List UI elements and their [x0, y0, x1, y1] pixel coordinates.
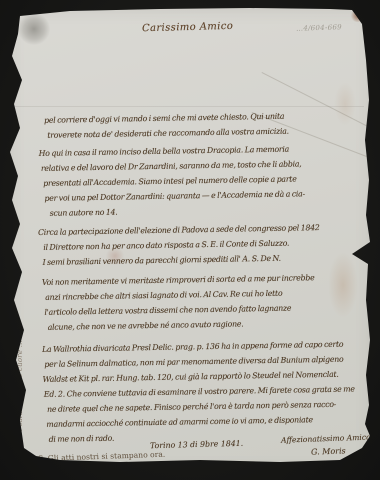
- signature: G. Moris: [311, 446, 346, 456]
- fold-line: [14, 106, 364, 107]
- salutation: Carissimo Amico: [142, 21, 234, 34]
- letter-body: pel corriere d'oggi vi mando i semi che …: [36, 110, 378, 450]
- margin-note: … vi prego di riscontrare la nota di qua…: [4, 22, 26, 474]
- letter-page: Carissimo Amico …4/604-669 pel corriere …: [0, 0, 380, 480]
- postscript: P.S. Gli atti nostri si stampano ora.: [32, 450, 165, 464]
- scan-background: Carissimo Amico …4/604-669 pel corriere …: [0, 0, 380, 480]
- margin-note-line-2: … intanto vi saluto di tutto cuore …: [15, 22, 26, 474]
- corner-stain: [350, 9, 366, 22]
- dateline: Torino 13 di 9bre 1841.: [150, 439, 243, 450]
- margin-note-line-1: … vi prego di riscontrare la nota di qua…: [4, 22, 15, 474]
- archival-number: …4/604-669: [296, 23, 342, 33]
